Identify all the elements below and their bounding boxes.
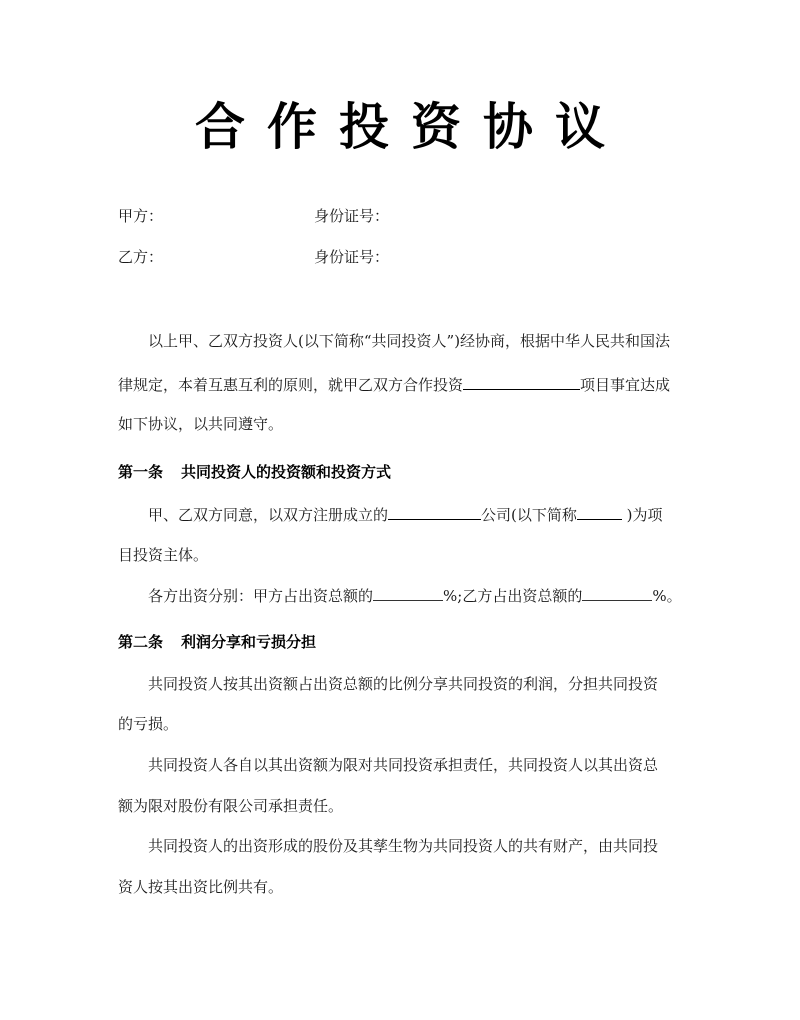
article-2-para-1-line-2: 的亏损。 bbox=[118, 714, 693, 734]
project-name-blank bbox=[463, 374, 580, 390]
document-page: 合作投资协议 甲方： 身份证号： 乙方： 身份证号： 以上甲、乙双方投资人(以下… bbox=[0, 0, 800, 1020]
party-b-percent-blank bbox=[582, 585, 652, 601]
article-2-title: 利润分享和亏损分担 bbox=[181, 633, 316, 651]
document-title: 合作投资协议 bbox=[0, 92, 800, 162]
preamble-line-1: 以上甲、乙双方投资人(以下简称“共同投资人”)经协商，根据中华人民共和国法 bbox=[118, 331, 723, 351]
party-b-row: 乙方： 身份证号： bbox=[118, 247, 163, 267]
article-2-para-3: 共同投资人的出资形成的股份及其孳生物为共同投资人的共有财产，由共同投 bbox=[118, 836, 723, 856]
company-short-name-blank bbox=[577, 504, 622, 520]
preamble-line-2-after: 项目事宜达成 bbox=[580, 376, 670, 394]
article-1-number: 第一条 bbox=[118, 463, 163, 481]
article-1-p1-after: )为项 bbox=[622, 506, 663, 524]
article-1-para-1-line-2: 目投资主体。 bbox=[118, 545, 693, 565]
article-1-para-1: 甲、乙双方同意，以双方注册成立的公司(以下简称 )为项 bbox=[118, 504, 723, 525]
party-b-id-label: 身份证号： bbox=[314, 247, 389, 267]
article-2-para-2-line-2: 额为限对股份有限公司承担责任。 bbox=[118, 796, 693, 816]
article-1-p2-before: 各方出资分别：甲方占出资总额的 bbox=[148, 587, 373, 605]
preamble-line-3: 如下协议，以共同遵守。 bbox=[118, 414, 693, 434]
article-1-p2-after: %。 bbox=[652, 587, 681, 605]
article-2-heading: 第二条利润分享和亏损分担 bbox=[118, 632, 316, 652]
party-b-label: 乙方： bbox=[118, 248, 163, 266]
party-a-row: 甲方： 身份证号： bbox=[118, 206, 163, 226]
company-name-blank bbox=[388, 504, 481, 520]
article-2-para-3-line-2: 资人按其出资比例共有。 bbox=[118, 877, 693, 897]
party-a-label: 甲方： bbox=[118, 207, 163, 225]
article-2-number: 第二条 bbox=[118, 633, 163, 651]
article-1-title: 共同投资人的投资额和投资方式 bbox=[181, 463, 391, 481]
article-2-para-2: 共同投资人各自以其出资额为限对共同投资承担责任，共同投资人以其出资总 bbox=[118, 755, 723, 775]
article-1-p1-middle: 公司(以下简称 bbox=[481, 506, 577, 524]
preamble-line-2: 律规定，本着互惠互利的原则，就甲乙双方合作投资项目事宜达成 bbox=[118, 374, 693, 395]
preamble-line-2-before: 律规定，本着互惠互利的原则，就甲乙双方合作投资 bbox=[118, 376, 463, 394]
party-a-id-label: 身份证号： bbox=[314, 206, 389, 226]
article-1-para-2: 各方出资分别：甲方占出资总额的%;乙方占出资总额的%。 bbox=[118, 585, 723, 606]
article-1-p1-before: 甲、乙双方同意，以双方注册成立的 bbox=[148, 506, 388, 524]
party-a-percent-blank bbox=[373, 585, 443, 601]
article-1-p2-middle: %;乙方占出资总额的 bbox=[443, 587, 582, 605]
article-1-heading: 第一条共同投资人的投资额和投资方式 bbox=[118, 462, 391, 482]
article-2-para-1: 共同投资人按其出资额占出资总额的比例分享共同投资的利润，分担共同投资 bbox=[118, 674, 723, 694]
